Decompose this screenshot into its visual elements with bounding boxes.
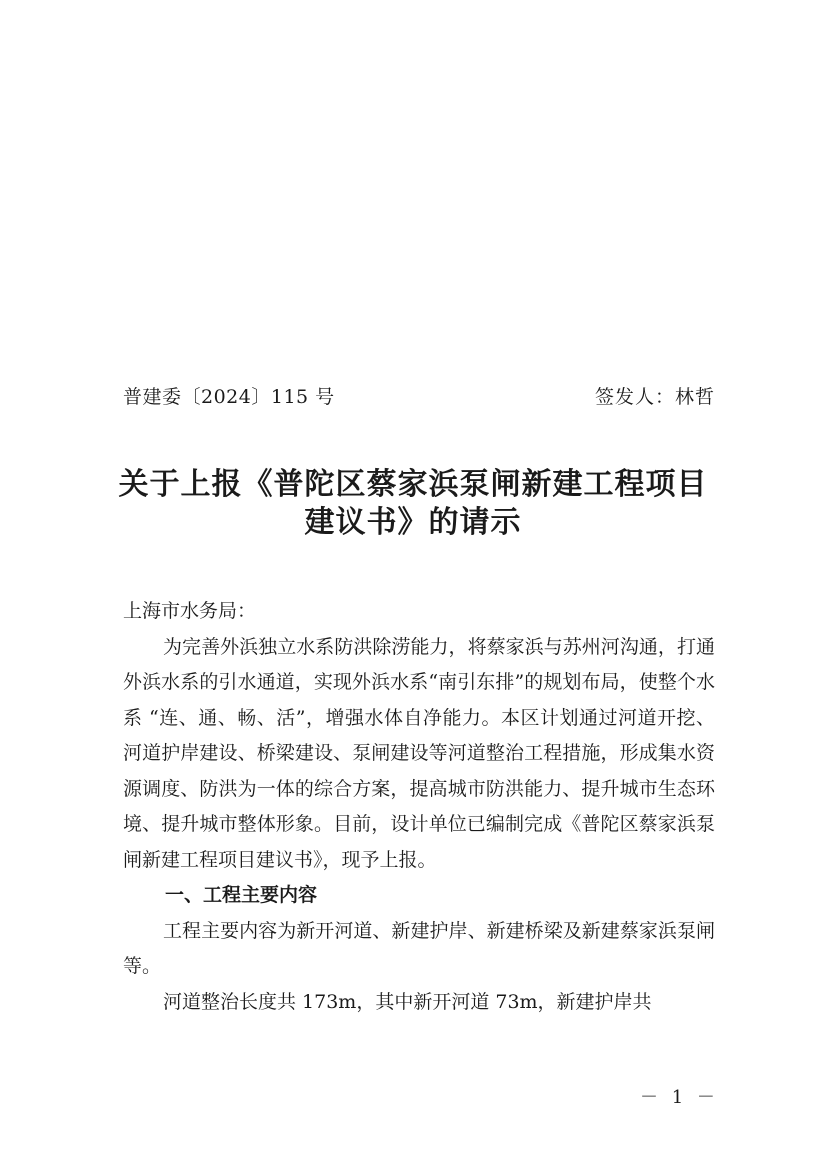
document-number: 普建委〔2024〕115 号 (123, 382, 335, 409)
page-number: － 1 － (640, 1083, 719, 1109)
document-title: 关于上报《普陀区蔡家浜泵闸新建工程项目 建议书》的请示 (100, 466, 726, 542)
section-heading-1: 一、工程主要内容 (123, 878, 715, 914)
document-page: 普建委〔2024〕115 号 签发人：林哲 关于上报《普陀区蔡家浜泵闸新建工程项… (0, 0, 826, 1169)
paragraph-2: 工程主要内容为新开河道、新建护岸、新建桥梁及新建蔡家浜泵闸等。 (123, 914, 715, 985)
title-line-2: 建议书》的请示 (100, 504, 726, 542)
paragraph-3: 河道整治长度共 173m，其中新开河道 73m，新建护岸共 (123, 985, 715, 1021)
signer: 签发人：林哲 (595, 382, 715, 409)
document-body: 上海市水务局： 为完善外浜独立水系防洪除涝能力，将蔡家浜与苏州河沟通，打通外浜水… (123, 594, 715, 1020)
title-line-1: 关于上报《普陀区蔡家浜泵闸新建工程项目 (100, 466, 726, 504)
recipient: 上海市水务局： (123, 594, 715, 630)
paragraph-1: 为完善外浜独立水系防洪除涝能力，将蔡家浜与苏州河沟通，打通外浜水系的引水通道，实… (123, 630, 715, 879)
